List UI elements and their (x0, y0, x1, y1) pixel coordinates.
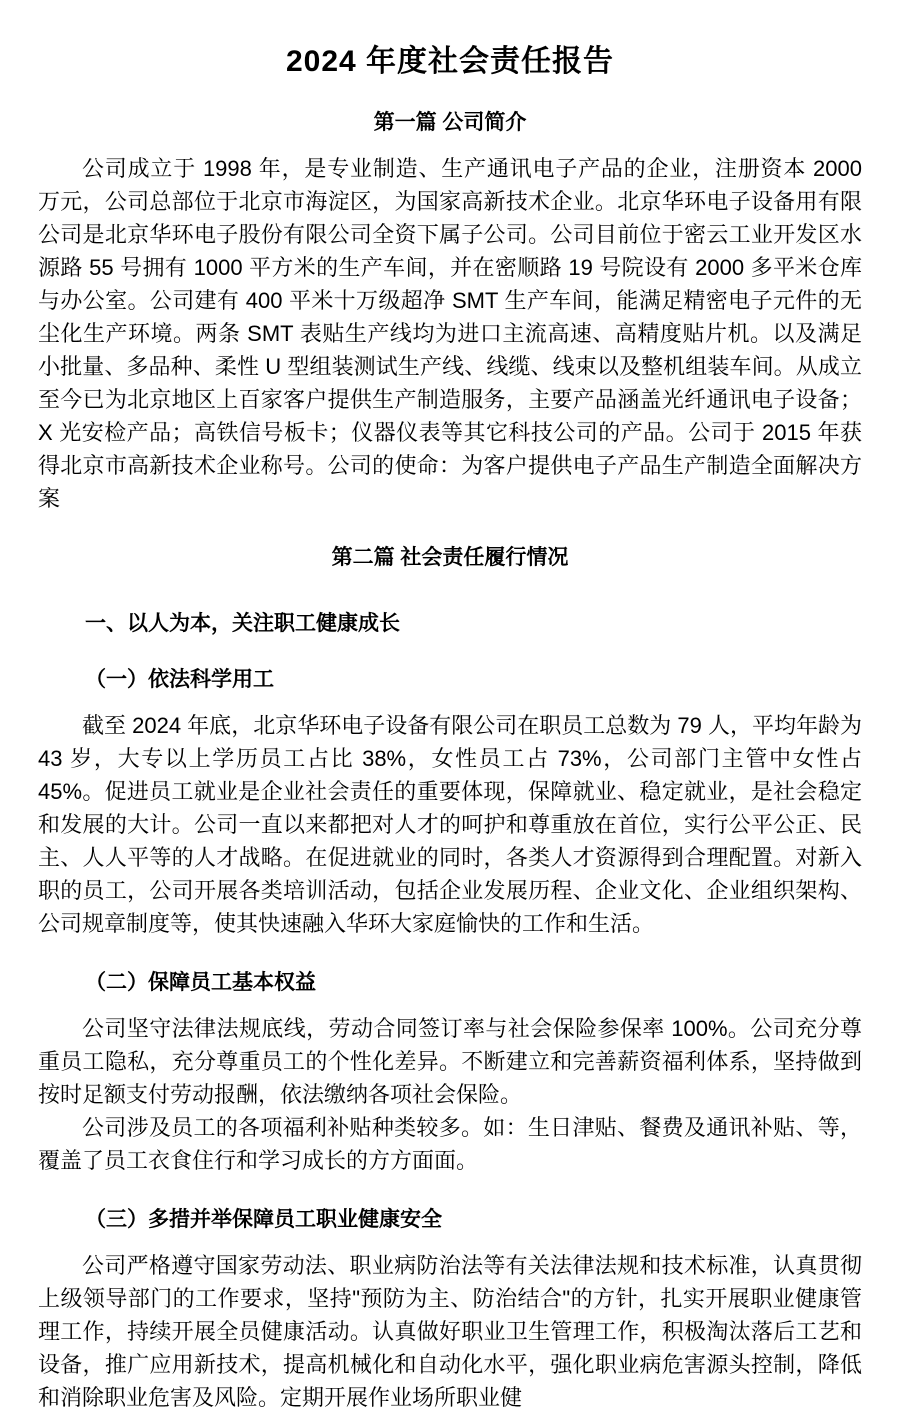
section1-paragraph: 截至 2024 年底，北京华环电子设备有限公司在职员工总数为 79 人，平均年龄… (38, 709, 862, 940)
section3-heading: （三）多措并举保障员工职业健康安全 (38, 1203, 862, 1233)
document-page: 2024 年度社会责任报告 第一篇 公司简介 公司成立于 1998 年，是专业制… (0, 0, 900, 1418)
section3-paragraph: 公司严格遵守国家劳动法、职业病防治法等有关法律法规和技术标准，认真贯彻上级领导部… (38, 1249, 862, 1414)
section1-heading: （一）依法科学用工 (38, 663, 862, 693)
document-title: 2024 年度社会责任报告 (38, 36, 862, 80)
part1-heading: 第一篇 公司简介 (38, 106, 862, 136)
chapter1-heading: 一、以人为本，关注职工健康成长 (38, 607, 862, 637)
part1-paragraph: 公司成立于 1998 年，是专业制造、生产通讯电子产品的企业，注册资本 2000… (38, 152, 862, 515)
section2-paragraph-1: 公司坚守法律法规底线，劳动合同签订率与社会保险参保率 100%。公司充分尊重员工… (38, 1012, 862, 1111)
section2-paragraph-2: 公司涉及员工的各项福利补贴种类较多。如：生日津贴、餐费及通讯补贴、等，覆盖了员工… (38, 1111, 862, 1177)
part2-heading: 第二篇 社会责任履行情况 (38, 541, 862, 571)
section2-heading: （二）保障员工基本权益 (38, 966, 862, 996)
